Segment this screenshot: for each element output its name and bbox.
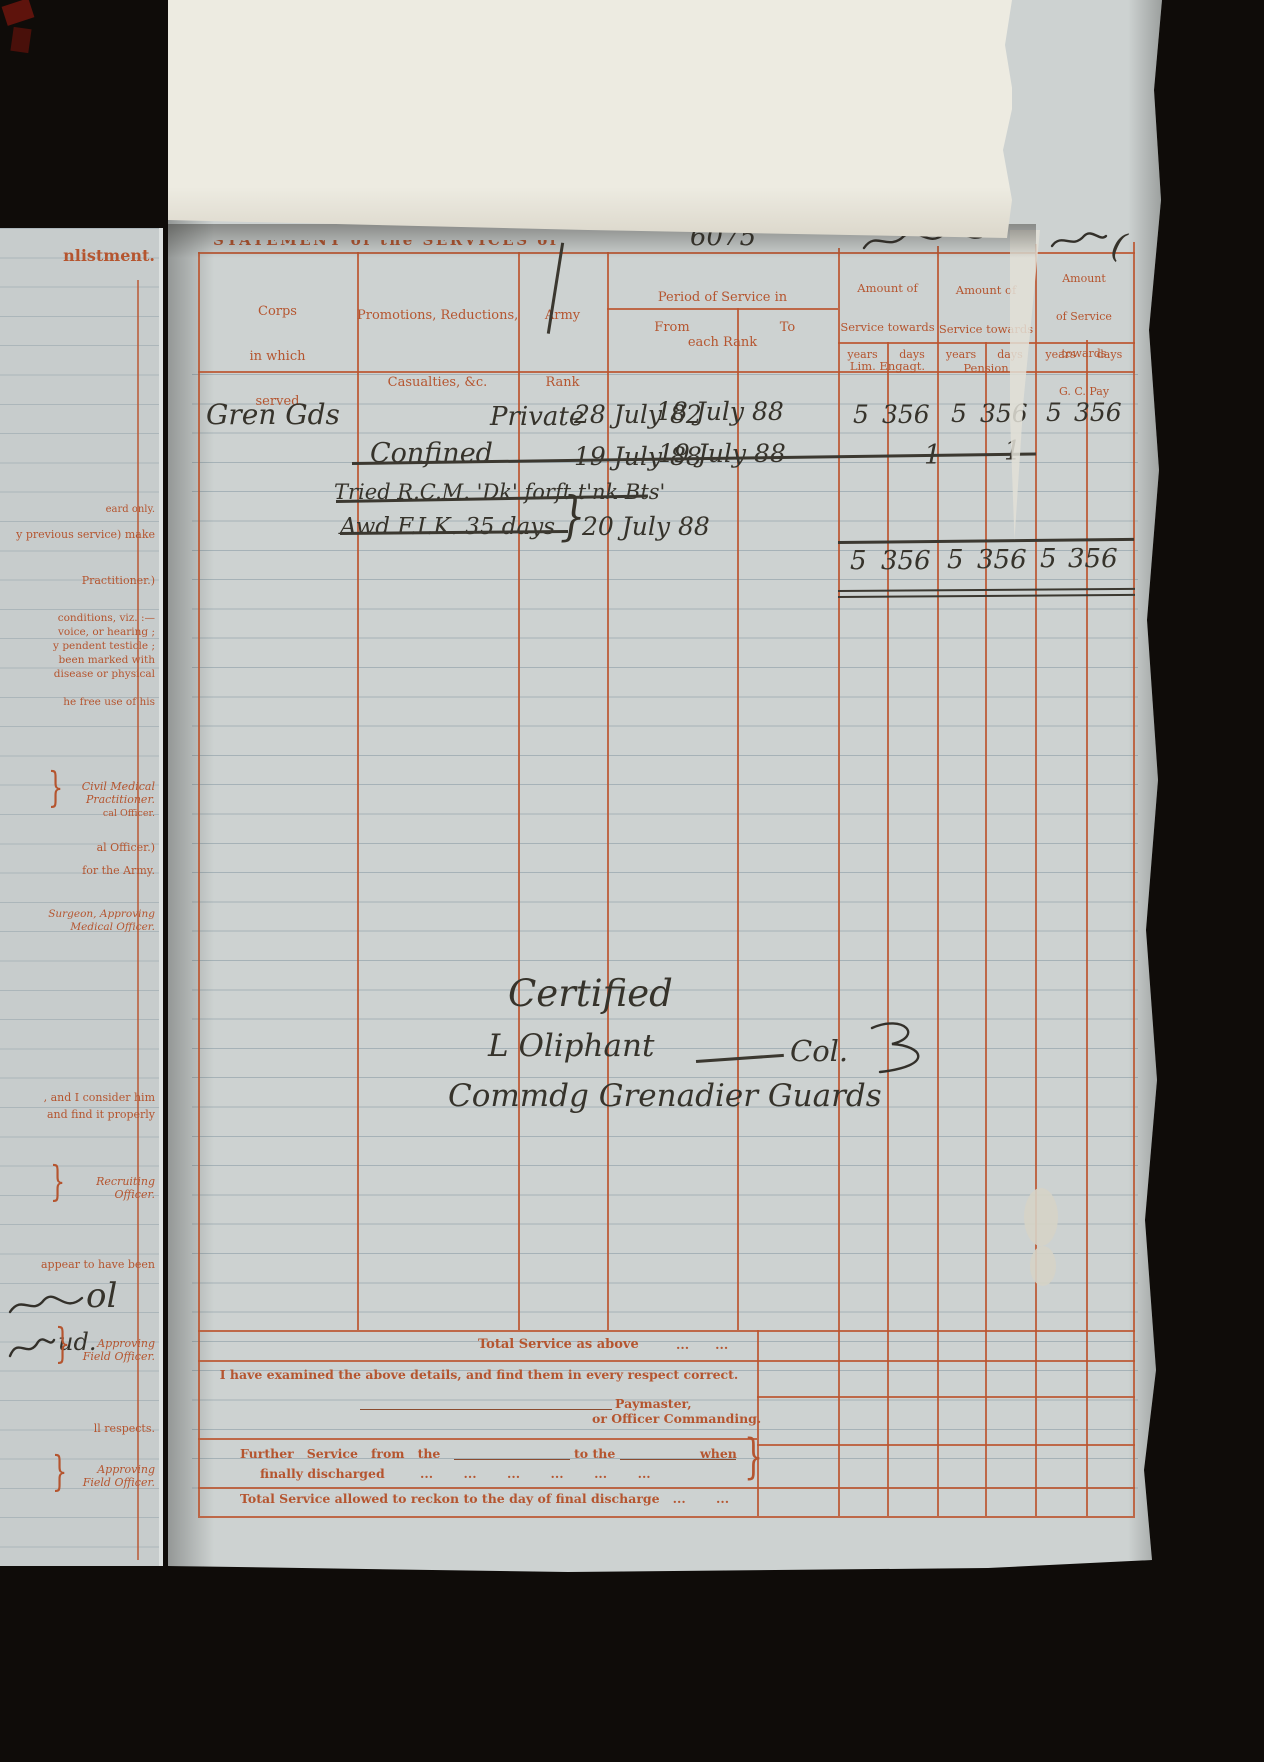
total-gcpay-years: 5 <box>1040 544 1057 574</box>
certified-text: Certified <box>508 972 673 1015</box>
left-fragment: nlistment. <box>63 246 155 265</box>
handwritten-scrawl <box>1048 228 1110 254</box>
table-grid-line <box>198 1438 757 1440</box>
col-subheader-days: days <box>887 348 937 361</box>
col-header-line: Amount of <box>838 282 937 295</box>
col-header-army-rank: Army Rank <box>518 278 607 420</box>
col-header-line: each Rank <box>607 335 838 350</box>
table-grid-line <box>198 1330 1135 1332</box>
left-fragment: Officer. <box>114 1188 155 1201</box>
left-page-edge: nlistment. eard only. y previous service… <box>0 228 163 1566</box>
scanned-document-page: nlistment. eard only. y previous service… <box>0 0 1264 1762</box>
left-fragment: Medical Officer. <box>70 921 155 933</box>
signer-rank: Col. <box>790 1034 848 1068</box>
table-grid-line <box>198 1360 1135 1362</box>
blank-line <box>454 1459 570 1460</box>
total-allowed-label: Total Service allowed to reckon to the d… <box>240 1491 686 1506</box>
dot-leaders: ... <box>716 1491 729 1506</box>
left-fragment: conditions, viz. :— <box>58 612 155 624</box>
handwritten-flourish <box>858 1018 938 1078</box>
further-service-label: Further Service from the <box>240 1446 440 1461</box>
left-fragment: Field Officer. <box>83 1350 155 1363</box>
total-service-label: Total Service as above <box>478 1337 639 1352</box>
col-header-gc-pay: Amount of Service towards G. C. Pay <box>1035 248 1133 423</box>
pension-years-entry: 5 <box>951 399 967 428</box>
table-grid-line <box>198 252 200 1516</box>
col-header-line: Service towards <box>838 321 937 334</box>
examined-statement: I have examined the above details, and f… <box>215 1367 743 1382</box>
binder-mark <box>2 0 35 26</box>
handwritten-fragment: ol <box>86 1276 117 1316</box>
printed-brace: } <box>744 1430 763 1486</box>
left-fragment: Approving <box>97 1463 155 1476</box>
dot-leaders: ... ... <box>676 1337 728 1352</box>
table-grid-line <box>1035 244 1037 1516</box>
officer-commanding-label: or Officer Commanding. <box>592 1411 761 1426</box>
left-page-rule-line <box>137 280 139 1560</box>
col-subheader-years: years <box>937 348 985 361</box>
left-fragment: eard only. <box>106 504 155 515</box>
left-fragment: disease or physical <box>54 668 155 680</box>
lim-years-entry: 5 <box>853 400 869 429</box>
total-pension-years: 5 <box>947 545 964 575</box>
left-fragment: Recruiting <box>96 1175 155 1188</box>
col-header-line: of Service <box>1035 311 1133 324</box>
printed-brace: } <box>50 1158 65 1206</box>
gcpay-years-entry: 5 <box>1046 398 1062 427</box>
printed-brace: } <box>52 1448 67 1496</box>
left-fragment: y previous service) make <box>16 528 155 541</box>
statement-of-services-page: STATEMENT of the SERVICES of Corps in wh… <box>168 0 1162 1572</box>
col-subheader-years: years <box>1035 348 1086 361</box>
col-header-lim-engagt: Amount of Service towards Lim. Engagt. <box>838 256 937 399</box>
torn-paper-patch <box>1024 1188 1058 1246</box>
left-fragment: ll respects. <box>94 1422 155 1435</box>
table-grid-line <box>887 342 889 1516</box>
signature-blank-line <box>360 1409 612 1410</box>
table-grid-line <box>937 246 939 1516</box>
col-header-line: in which <box>198 349 357 364</box>
to-date-entry: 19 July 88 <box>658 439 786 468</box>
left-fragment: voice, or hearing ; <box>58 626 155 638</box>
left-fragment: cal Officer. <box>103 808 155 819</box>
torn-paper-patch <box>1030 1246 1056 1286</box>
corps-entry: Gren Gds <box>206 398 340 431</box>
handwritten-scrawl <box>6 1286 86 1322</box>
table-grid-line <box>838 248 840 1516</box>
col-header-line: Lim. Engagt. <box>838 360 937 373</box>
left-fragment: appear to have been <box>41 1258 155 1271</box>
handwritten-scrawl <box>4 1326 56 1366</box>
printed-brace: } <box>48 764 63 812</box>
left-fragment: for the Army. <box>82 864 155 877</box>
table-grid-line <box>757 1444 1135 1446</box>
total-pension-days: 356 <box>977 545 1027 575</box>
col-header-line: G. C. Pay <box>1035 386 1133 399</box>
signature: L Oliphant <box>488 1028 654 1064</box>
to-date-entry: 18 July 88 <box>656 397 784 426</box>
lim-days-entry: 356 <box>882 400 930 429</box>
rank-entry: Private <box>490 402 584 432</box>
printed-brace: } <box>55 1320 70 1368</box>
col-subheader-years: years <box>838 348 887 361</box>
award-entry: Awd F.I.K. 35 days <box>340 514 555 540</box>
left-fragment: Civil Medical <box>82 780 155 793</box>
table-grid-line <box>198 1487 1135 1489</box>
table-grid-line <box>1133 242 1135 1516</box>
bracket-date-entry: 20 July 88 <box>582 512 710 541</box>
col-header-to: To <box>737 320 838 335</box>
table-grid-line <box>757 1396 1135 1398</box>
left-fragment: and find it properly <box>47 1108 155 1121</box>
left-fragment: Surgeon, Approving <box>48 908 155 920</box>
col-header-line: Amount <box>1035 273 1133 286</box>
total-lim-days: 356 <box>881 546 931 576</box>
col-header-line: Corps <box>198 304 357 319</box>
left-fragment: Practitioner. <box>86 793 155 806</box>
to-the-label: to the <box>574 1446 615 1461</box>
when-label: when <box>700 1446 737 1461</box>
folded-page-corner <box>168 0 1012 240</box>
left-fragment: al Officer.) <box>97 841 155 854</box>
left-fragment: been marked with <box>59 654 155 666</box>
col-header-line: Casualties, &c. <box>357 375 518 390</box>
table-grid-line <box>198 1516 1135 1518</box>
finally-discharged-label: finally discharged <box>260 1466 385 1481</box>
left-fragment: Field Officer. <box>83 1476 155 1489</box>
total-gcpay-days: 356 <box>1068 544 1118 574</box>
col-header-line: Army <box>518 308 607 323</box>
col-header-line: Period of Service in <box>607 290 838 305</box>
paymaster-label: Paymaster, <box>615 1396 692 1411</box>
col-subheader-days: days <box>1086 348 1133 361</box>
col-header-from: From <box>607 320 737 335</box>
left-fragment: , and I consider him <box>44 1091 155 1104</box>
table-grid-line <box>985 342 987 1516</box>
commanding-text: Commdg Grenadier Guards <box>448 1078 882 1114</box>
left-fragment: y pendent testicle ; <box>53 640 155 652</box>
col-header-line: Rank <box>518 375 607 390</box>
gcpay-days-entry: 356 <box>1074 398 1122 427</box>
col-header-line: Promotions, Reductions, <box>357 308 518 323</box>
left-fragment: Practitioner.) <box>82 574 155 587</box>
left-fragment: he free use of his <box>63 696 155 708</box>
dot-leaders: ... ... ... ... ... ... <box>420 1466 651 1481</box>
binder-mark <box>10 27 31 53</box>
total-lim-years: 5 <box>850 546 867 576</box>
table-grid-line <box>1086 340 1088 1516</box>
left-fragment: Approving <box>97 1337 155 1350</box>
col-header-promotions: Promotions, Reductions, Casualties, &c. <box>357 278 518 420</box>
